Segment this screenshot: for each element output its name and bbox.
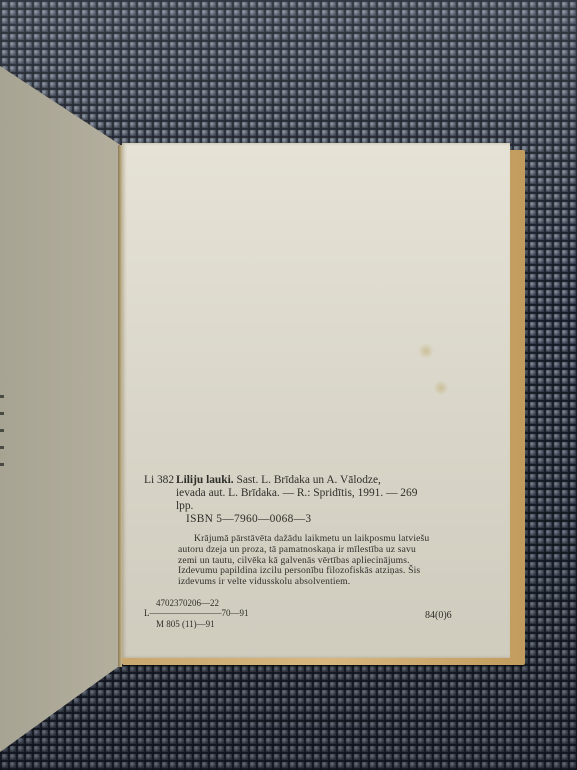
classification-code: 84(0)6: [425, 611, 452, 621]
catalog-line-1: Li 382 Liliju lauki. Sast. L. Brīdaka un…: [144, 474, 496, 487]
annotation-line: autoru dzeja un proza, tā pamatnoskaņa i…: [178, 545, 494, 556]
compilers: Sast. L. Brīdaka un A. Vālodze,: [236, 474, 380, 486]
book-spine-gutter: [118, 145, 122, 667]
foxing-stain: [418, 343, 434, 359]
book-title: Liliju lauki.: [176, 474, 234, 486]
call-number: Li 382: [144, 474, 174, 487]
isbn: ISBN 5—7960—0068—3: [186, 513, 496, 526]
code-numerator: 4702370206—22: [156, 598, 219, 608]
page-count-unit: lpp.: [176, 500, 496, 513]
foxing-stain: [433, 381, 449, 395]
code-fraction-line: L————————70—91: [144, 608, 249, 618]
annotation-paragraph: Krājumā pārstāvēta dažādu laikmetu un la…: [178, 534, 494, 588]
bibliographic-codes: 4702370206—22 L————————70—91 M 805 (11)—…: [144, 598, 496, 632]
publication-info: ievada aut. L. Brīdaka. — R.: Spridītis,…: [176, 487, 496, 500]
left-page-bleed-marks: [0, 395, 6, 475]
annotation-line: izdevums ir velte vidusskolu absolventie…: [178, 577, 494, 588]
catalog-record: Li 382 Liliju lauki. Sast. L. Brīdaka un…: [144, 474, 496, 632]
code-denominator: M 805 (11)—91: [156, 619, 215, 629]
